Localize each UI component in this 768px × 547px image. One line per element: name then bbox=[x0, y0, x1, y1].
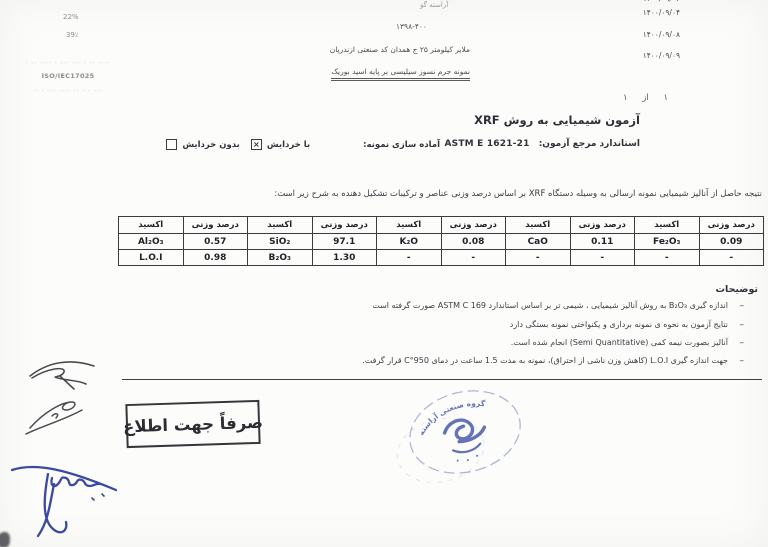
standard-label: استاندارد مرجع آزمون: bbox=[539, 139, 640, 149]
oxide-cell: L.O.I bbox=[119, 250, 184, 266]
col-header-oxide: اکسید bbox=[377, 217, 442, 234]
note-bullet-dash: – bbox=[740, 301, 745, 311]
date-1: ۱۴۰۰/۰۹/۰۴ bbox=[610, 8, 680, 17]
value-cell: 0.09 bbox=[699, 234, 764, 250]
corner-mark-line2: 39٪ bbox=[66, 31, 79, 39]
intro-paragraph: نتیجه حاصل از آنالیز شیمیایی نمونه ارسال… bbox=[274, 189, 762, 199]
oxide-cell: Al₂O₃ bbox=[119, 234, 184, 250]
prep-option-crushed-checkbox-checked: × bbox=[251, 139, 262, 150]
scanned-report-page: 22% 39٪ · ·· ···· · ··· ··· · ·· ···· IS… bbox=[0, 0, 768, 547]
value-cell: 1.30 bbox=[312, 250, 377, 266]
col-header-oxide: اکسید bbox=[248, 217, 313, 234]
prep-option-crushed-label: با خردایش bbox=[267, 140, 310, 150]
oxide-cell: CaO bbox=[506, 234, 571, 250]
signature-2 bbox=[22, 394, 86, 438]
note-item: جهت اندازه گیری L.O.I (کاهش وزن ناشی از … bbox=[362, 356, 728, 365]
date-3: ۱۴۰۰/۰۹/۰۹ bbox=[610, 51, 680, 60]
standard-row: استاندارد مرجع آزمون: ASTM E 1621-21 bbox=[444, 139, 640, 149]
results-table-header-row: اکسید درصد وزنی اکسید درصد وزنی اکسید در… bbox=[119, 217, 764, 234]
signature-1 bbox=[20, 356, 100, 396]
iso-17025-label: ISO/IEC17025 bbox=[16, 72, 120, 80]
accreditation-illegible-line2: ·· · ··· ···· ·· · · ··· bbox=[16, 88, 120, 95]
accreditation-block: · ·· ···· · ··· ··· · ·· ···· ISO/IEC170… bbox=[16, 60, 120, 95]
stamp-dots bbox=[456, 455, 478, 464]
signature-3-blue bbox=[8, 444, 120, 544]
value-cell: 0.08 bbox=[441, 234, 506, 250]
sample-prep-row: آماده سازی نمونه: با خردایش × بدون خردای… bbox=[166, 139, 440, 150]
value-cell: - bbox=[441, 250, 506, 266]
note-bullet-dash: – bbox=[740, 320, 745, 330]
value-cell: - bbox=[570, 250, 635, 266]
sample-prep-label: آماده سازی نمونه: bbox=[363, 140, 440, 150]
reference-number: ۱۳۹۸-۴۰۰ bbox=[396, 22, 427, 31]
oxide-cell: B₂O₃ bbox=[248, 250, 313, 266]
col-header-oxide: اکسید bbox=[119, 217, 184, 234]
value-cell: 0.11 bbox=[570, 234, 635, 250]
col-header-percent: درصد وزنی bbox=[441, 217, 506, 234]
col-header-percent: درصد وزنی bbox=[570, 217, 635, 234]
prep-option-uncrushed-checkbox-empty bbox=[166, 139, 177, 150]
info-only-stamp: صرفاً جهت اطلاع bbox=[125, 400, 260, 448]
value-cell: - bbox=[699, 250, 764, 266]
value-cell: 0.57 bbox=[183, 234, 248, 250]
info-stamp-text: صرفاً جهت اطلاع bbox=[123, 412, 263, 435]
notes-heading: توضیحات bbox=[715, 284, 758, 295]
note-item: اندازه گیری B₂O₃ به روش آنالیز شیمیایی ،… bbox=[372, 301, 728, 310]
col-header-percent: درصد وزنی bbox=[183, 217, 248, 234]
col-header-percent: درصد وزنی bbox=[312, 217, 377, 234]
oxide-cell: - bbox=[506, 250, 571, 266]
report-title: آزمون شیمیایی به روش XRF bbox=[474, 113, 640, 127]
oxide-cell: K₂O bbox=[377, 234, 442, 250]
oxide-cell: - bbox=[635, 250, 700, 266]
note-item: نتایج آزمون به نحوه ی نمونه برداری و یکن… bbox=[510, 320, 728, 329]
value-cell: 97.1 bbox=[312, 234, 377, 250]
note-bullet-dash: – bbox=[740, 338, 745, 348]
sample-description: نمونه جرم نسوز سیلیسی بر پایه اسید بوریک bbox=[331, 67, 470, 81]
results-table: اکسید درصد وزنی اکسید درصد وزنی اکسید در… bbox=[118, 216, 764, 266]
address-line: ملایر کیلومتر ۲۵ ج همدان کد صنعتی ازندری… bbox=[360, 45, 470, 54]
date-2: ۱۴۰۰/۰۹/۰۸ bbox=[610, 30, 680, 39]
value-cell: 0.98 bbox=[183, 250, 248, 266]
results-table-row: Al₂O₃ 0.57 SiO₂ 97.1 K₂O 0.08 CaO 0.11 F… bbox=[119, 234, 764, 250]
scan-corner-smudge bbox=[0, 532, 10, 547]
oxide-cell: Fe₂O₃ bbox=[635, 234, 700, 250]
oxide-cell: SiO₂ bbox=[248, 234, 313, 250]
col-header-percent: درصد وزنی bbox=[699, 217, 764, 234]
results-table-row: L.O.I 0.98 B₂O₃ 1.30 - - - - - - bbox=[119, 250, 764, 266]
checkbox-x-mark-icon: × bbox=[253, 140, 260, 149]
lab-name: آراسته گو bbox=[420, 1, 448, 9]
corner-mark-line1: 22% bbox=[63, 13, 79, 21]
standard-value: ASTM E 1621-21 bbox=[444, 139, 529, 149]
oxide-cell: - bbox=[377, 250, 442, 266]
page-marker: ۱ از ۱ bbox=[608, 93, 683, 103]
accreditation-illegible-line1: · ·· ···· · ··· ··· · ·· ···· bbox=[16, 60, 120, 67]
company-round-stamp: گروه صنعتی آراسته bbox=[393, 380, 535, 486]
note-bullet-dash: – bbox=[740, 356, 745, 366]
col-header-oxide: اکسید bbox=[635, 217, 700, 234]
col-header-oxide: اکسید bbox=[506, 217, 571, 234]
date-fragment-clipped: ۱۴۰۰/۰۹/۰۲ bbox=[610, 0, 680, 3]
prep-option-uncrushed-label: بدون خردایش bbox=[182, 140, 240, 150]
note-item: آنالیز بصورت نیمه کمی (Semi Quantitative… bbox=[511, 338, 728, 347]
